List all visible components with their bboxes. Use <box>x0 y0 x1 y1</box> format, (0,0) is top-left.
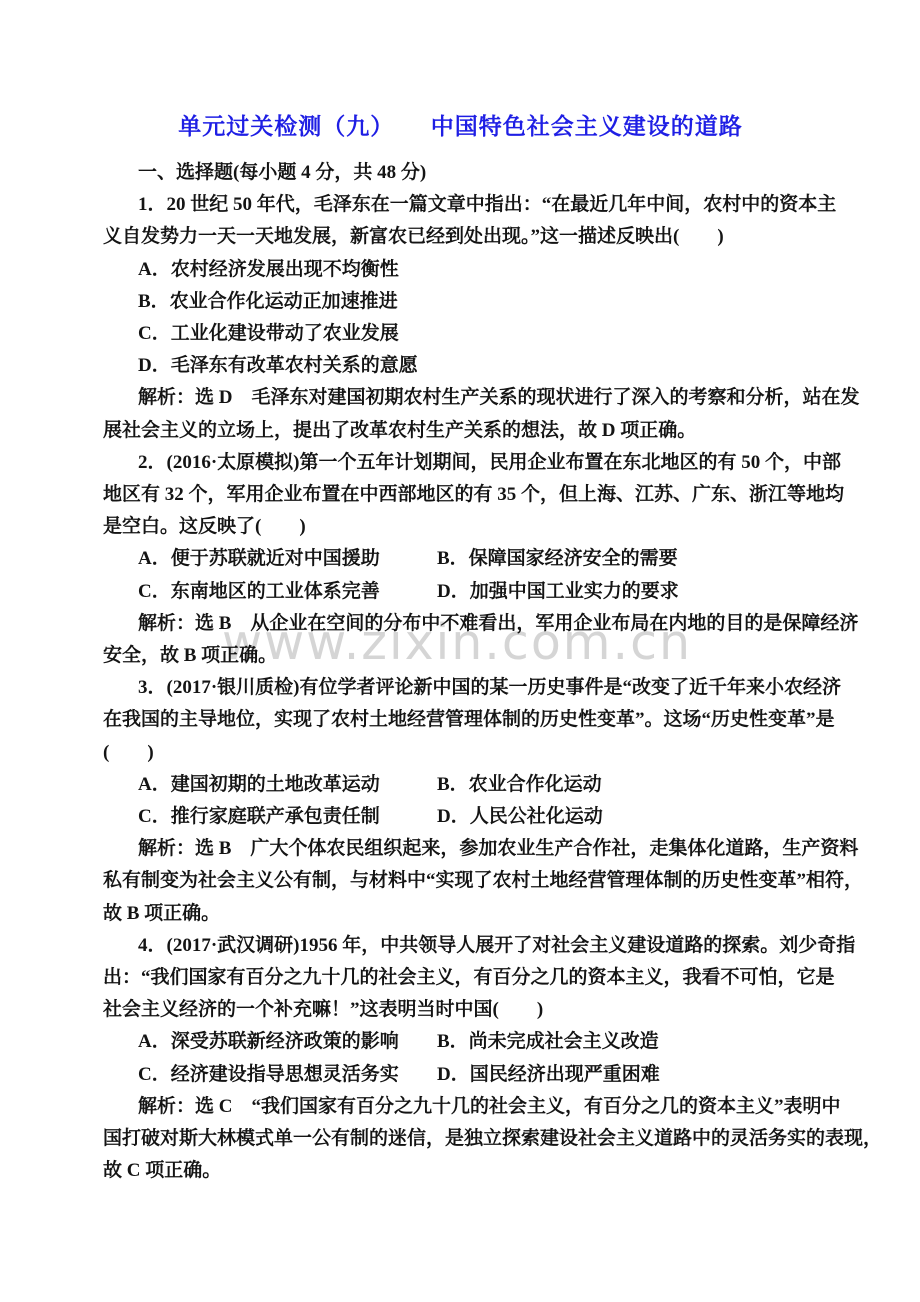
question-4-analysis-line: 解析：选 C “我们国家有百分之九十几的社会主义，有百分之几的资本主义”表明中 <box>103 1091 818 1123</box>
question-2-option-row: C．东南地区的工业体系完善D．加强中国工业实力的要求 <box>103 576 818 608</box>
question-3-stem-line: 在我国的主导地位，实现了农村土地经营管理体制的历史性变革”。这场“历史性变革”是 <box>103 704 818 736</box>
question-4-analysis-line: 国打破对斯大林模式单一公有制的迷信，是独立探索建设社会主义道路中的灵活务实的表现… <box>103 1123 818 1155</box>
questions-container: 1．20 世纪 50 年代，毛泽东在一篇文章中指出：“在最近几年中间，农村中的资… <box>103 189 818 1187</box>
question-2-stem-line: 地区有 32 个，军用企业布置在中西部地区的有 35 个，但上海、江苏、广东、浙… <box>103 479 818 511</box>
question-1-stem-line: 义自发势力一天一天地发展，新富农已经到处出现。”这一描述反映出( ) <box>103 221 818 253</box>
question-4-stem-line: 出：“我们国家有百分之九十几的社会主义，有百分之几的资本主义，我看不可怕，它是 <box>103 962 818 994</box>
question-2-analysis-line: 安全，故 B 项正确。 <box>103 640 818 672</box>
question-3-option: D．人民公社化运动 <box>437 801 603 833</box>
section-heading: 一、选择题(每小题 4 分，共 48 分) <box>103 157 818 189</box>
question-2-analysis-line: 解析：选 B 从企业在空间的分布中不难看出，军用企业布局在内地的目的是保障经济 <box>103 608 818 640</box>
question-2-option: D．加强中国工业实力的要求 <box>437 576 679 608</box>
question-2-option-row: A．便于苏联就近对中国援助B．保障国家经济安全的需要 <box>103 543 818 575</box>
question-2-option: A．便于苏联就近对中国援助 <box>138 543 437 575</box>
question-4-stem-line: 4．(2017·武汉调研)1956 年，中共领导人展开了对社会主义建设道路的探索… <box>103 930 818 962</box>
question-4-option: D．国民经济出现严重困难 <box>437 1059 660 1091</box>
question-1-analysis-line: 展社会主义的立场上，提出了改革农村生产关系的想法，故 D 项正确。 <box>103 415 818 447</box>
question-2-option: C．东南地区的工业体系完善 <box>138 576 437 608</box>
document-content: 单元过关检测（九） 中国特色社会主义建设的道路 一、选择题(每小题 4 分，共 … <box>103 0 818 1188</box>
question-1-option: A．农村经济发展出现不均衡性 <box>138 254 399 286</box>
question-3-analysis-line: 解析：选 B 广大个体农民组织起来，参加农业生产合作社，走集体化道路，生产资料 <box>103 833 818 865</box>
question-3-stem-line: 3．(2017·银川质检)有位学者评论新中国的某一历史事件是“改变了近千年来小农… <box>103 672 818 704</box>
question-4-option-row: C．经济建设指导思想灵活务实D．国民经济出现严重困难 <box>103 1059 818 1091</box>
question-3-analysis-line: 私有制变为社会主义公有制，与材料中“实现了农村土地经营管理体制的历史性变革”相符… <box>103 865 818 897</box>
question-4-stem-line: 社会主义经济的一个补充嘛！”这表明当时中国( ) <box>103 994 818 1026</box>
question-4-option: C．经济建设指导思想灵活务实 <box>138 1059 437 1091</box>
page-title: 单元过关检测（九） 中国特色社会主义建设的道路 <box>103 112 818 142</box>
question-3-option: C．推行家庭联产承包责任制 <box>138 801 437 833</box>
question-1-stem-line: 1．20 世纪 50 年代，毛泽东在一篇文章中指出：“在最近几年中间，农村中的资… <box>103 189 818 221</box>
question-1-option-row: C．工业化建设带动了农业发展 <box>103 318 818 350</box>
question-4-analysis-line: 故 C 项正确。 <box>103 1155 818 1187</box>
question-2-option: B．保障国家经济安全的需要 <box>437 543 678 575</box>
question-1-option: B．农业合作化运动正加速推进 <box>138 286 398 318</box>
question-1-option-row: D．毛泽东有改革农村关系的意愿 <box>103 350 818 382</box>
question-1-analysis-line: 解析：选 D 毛泽东对建国初期农村生产关系的现状进行了深入的考察和分析，站在发 <box>103 382 818 414</box>
question-4-option-row: A．深受苏联新经济政策的影响B．尚未完成社会主义改造 <box>103 1026 818 1058</box>
question-4-option: A．深受苏联新经济政策的影响 <box>138 1026 437 1058</box>
question-3-analysis-line: 故 B 项正确。 <box>103 898 818 930</box>
question-3-option: A．建国初期的土地改革运动 <box>138 769 437 801</box>
question-4-option: B．尚未完成社会主义改造 <box>437 1026 659 1058</box>
question-2-stem-line: 是空白。这反映了( ) <box>103 511 818 543</box>
question-3-stem-line: ( ) <box>103 737 818 769</box>
question-3-option-row: A．建国初期的土地改革运动B．农业合作化运动 <box>103 769 818 801</box>
question-1-option-row: B．农业合作化运动正加速推进 <box>103 286 818 318</box>
question-1-option: D．毛泽东有改革农村关系的意愿 <box>138 350 418 382</box>
document-page: www.zixin.com.cn 单元过关检测（九） 中国特色社会主义建设的道路… <box>0 0 920 1302</box>
question-3-option-row: C．推行家庭联产承包责任制D．人民公社化运动 <box>103 801 818 833</box>
question-1-option: C．工业化建设带动了农业发展 <box>138 318 399 350</box>
question-1-option-row: A．农村经济发展出现不均衡性 <box>103 254 818 286</box>
question-2-stem-line: 2．(2016·太原模拟)第一个五年计划期间，民用企业布置在东北地区的有 50 … <box>103 447 818 479</box>
question-3-option: B．农业合作化运动 <box>437 769 602 801</box>
